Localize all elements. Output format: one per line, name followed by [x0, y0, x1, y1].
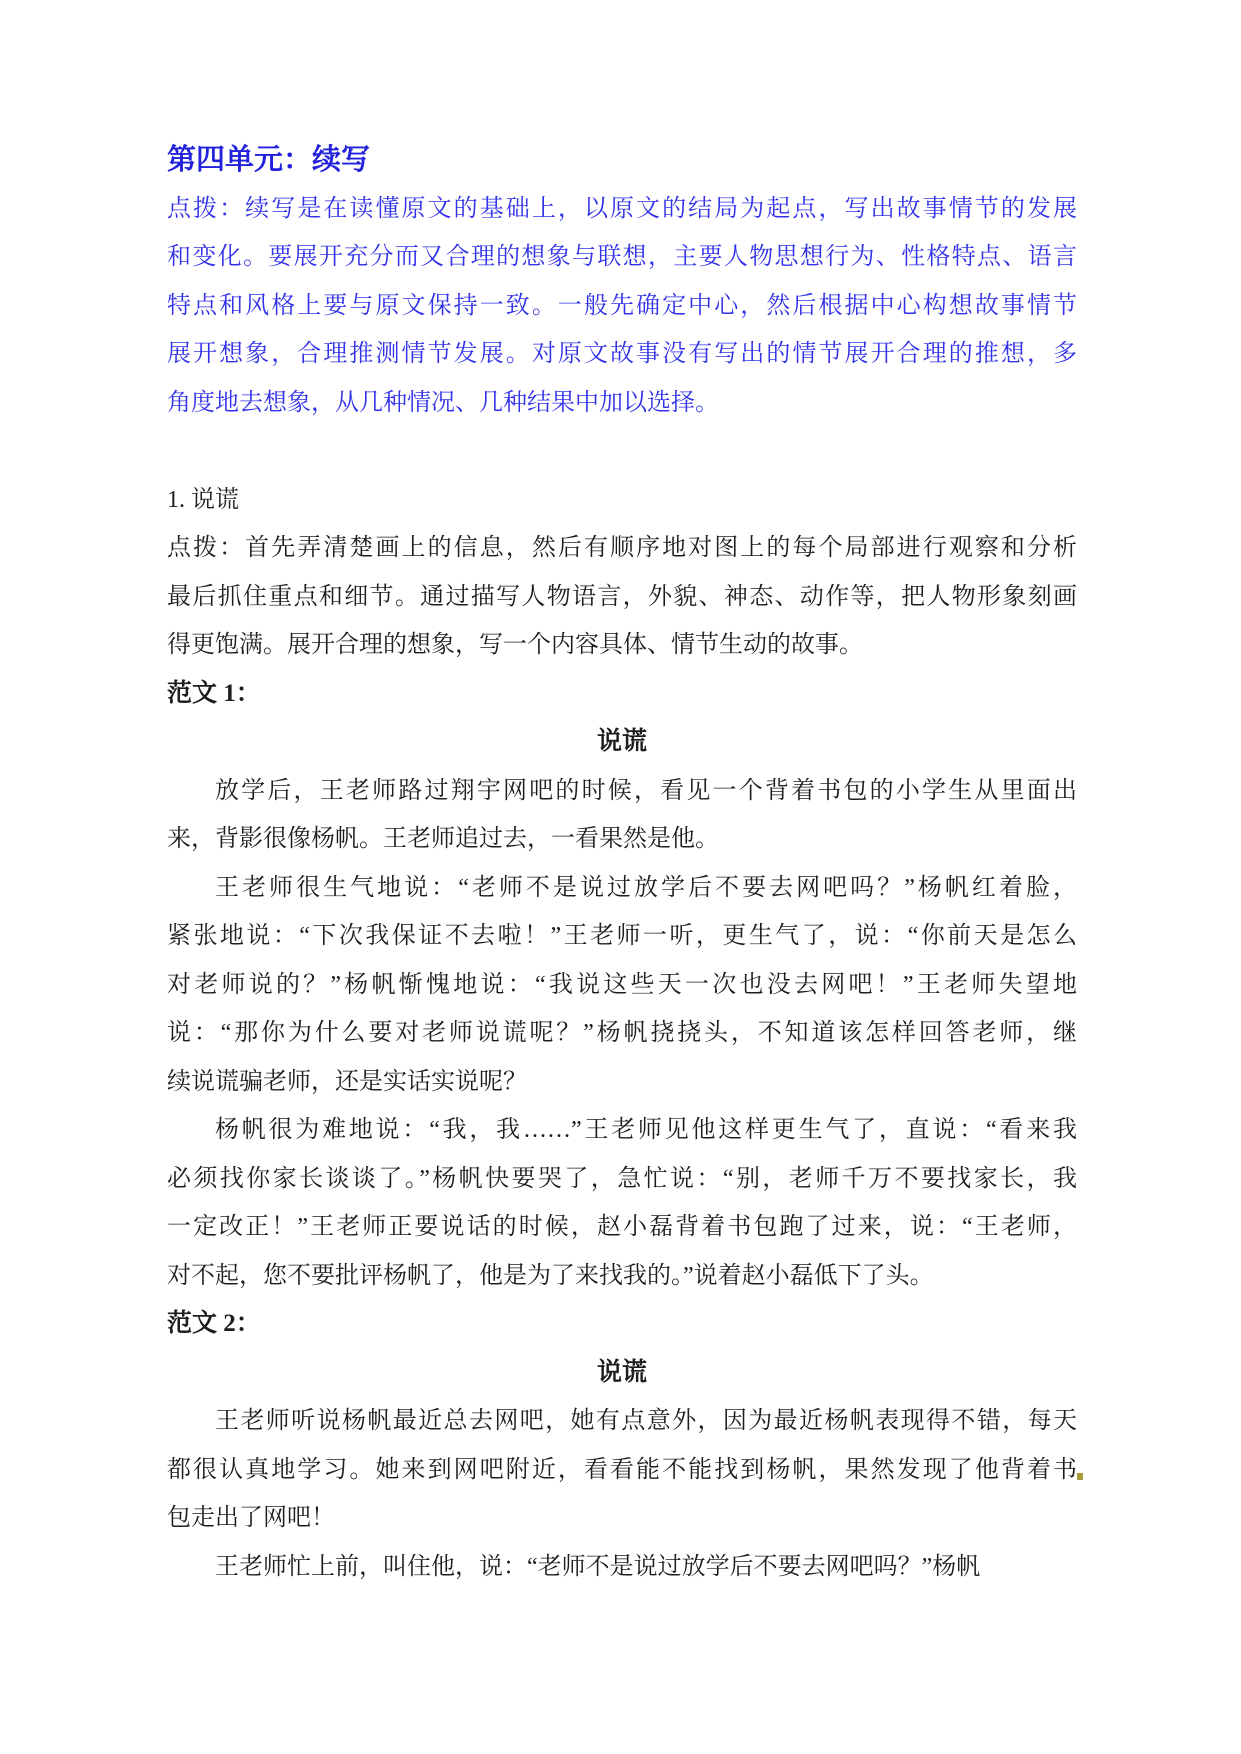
text-line: 得更饱满。展开合理的想象，写一个内容具体、情节生动的故事。 [167, 621, 1077, 670]
text-line: 杨帆很为难地说：“我，我……”王老师见他这样更生气了，直说：“看来我 [167, 1106, 1077, 1155]
text-line: 王老师很生气地说：“老师不是说过放学后不要去网吧吗？”杨帆红着脸， [167, 864, 1077, 913]
sample1-paragraph-1: 放学后，王老师路过翔宇网吧的时候，看见一个背着书包的小学生从里面出来，背影很像杨… [167, 767, 1077, 864]
text-line: 展开想象，合理推测情节发展。对原文故事没有写出的情节展开合理的推想，多 [167, 330, 1077, 379]
sample2-essay-title: 说谎 [167, 1349, 1077, 1398]
text-line: 点拨：续写是在读懂原文的基础上，以原文的结局为起点，写出故事情节的发展 [167, 185, 1077, 234]
text-line: 来，背影很像杨帆。王老师追过去，一看果然是他。 [167, 815, 1077, 864]
text-line: 最后抓住重点和细节。通过描写人物语言，外貌、神态、动作等，把人物形象刻画 [167, 573, 1077, 622]
blank-line [167, 427, 1077, 476]
sample2-paragraph-1: 王老师听说杨帆最近总去网吧，她有点意外，因为最近杨帆表现得不错，每天都很认真地学… [167, 1397, 1077, 1543]
sample1-essay-title: 说谎 [167, 718, 1077, 767]
unit-tips-paragraph: 点拨：续写是在读懂原文的基础上，以原文的结局为起点，写出故事情节的发展和变化。要… [167, 185, 1077, 428]
sample2-label: 范文 2： [167, 1300, 1077, 1349]
text-line: 特点和风格上要与原文保持一致。一般先确定中心，然后根据中心构想故事情节 [167, 282, 1077, 331]
text-line: 对老师说的？”杨帆惭愧地说：“我说这些天一次也没去网吧！”王老师失望地 [167, 961, 1077, 1010]
text-line: 王老师听说杨帆最近总去网吧，她有点意外，因为最近杨帆表现得不错，每天 [167, 1397, 1077, 1446]
sample2-paragraph-2: 王老师忙上前，叫住他，说：“老师不是说过放学后不要去网吧吗？”杨帆 [167, 1543, 1077, 1592]
text-line: 都很认真地学习。她来到网吧附近，看看能不能找到杨帆，果然发现了他背着书 [167, 1446, 1077, 1495]
text-line: 点拨：首先弄清楚画上的信息，然后有顺序地对图上的每个局部进行观察和分析 [167, 524, 1077, 573]
text-line: 续说谎骗老师，还是实话实说呢？ [167, 1058, 1077, 1107]
exercise-number-heading: 1. 说谎 [167, 476, 1077, 525]
text-line: 说：“那你为什么要对老师说谎呢？”杨帆挠挠头，不知道该怎样回答老师，继 [167, 1009, 1077, 1058]
document-page: 第四单元：续写 点拨：续写是在读懂原文的基础上，以原文的结局为起点，写出故事情节… [0, 0, 1241, 1754]
text-line: 一定改正！”王老师正要说话的时候，赵小磊背着书包跑了过来，说：“王老师， [167, 1203, 1077, 1252]
text-line: 包走出了网吧！ [167, 1494, 1077, 1543]
sample1-paragraph-2: 王老师很生气地说：“老师不是说过放学后不要去网吧吗？”杨帆红着脸，紧张地说：“下… [167, 864, 1077, 1107]
text-line: 对不起，您不要批评杨帆了，他是为了来找我的。”说着赵小磊低下了头。 [167, 1252, 1077, 1301]
text-line: 和变化。要展开充分而又合理的想象与联想，主要人物思想行为、性格特点、语言 [167, 233, 1077, 282]
unit-title: 第四单元：续写 [167, 136, 1077, 185]
text-line: 紧张地说：“下次我保证不去啦！”王老师一听，更生气了，说：“你前天是怎么 [167, 912, 1077, 961]
sample1-label: 范文 1： [167, 670, 1077, 719]
sample1-paragraph-3: 杨帆很为难地说：“我，我……”王老师见他这样更生气了，直说：“看来我必须找你家长… [167, 1106, 1077, 1300]
stray-mark [1077, 1473, 1083, 1480]
text-line: 王老师忙上前，叫住他，说：“老师不是说过放学后不要去网吧吗？”杨帆 [167, 1543, 1077, 1592]
text-line: 放学后，王老师路过翔宇网吧的时候，看见一个背着书包的小学生从里面出 [167, 767, 1077, 816]
text-line: 必须找你家长谈谈了。”杨帆快要哭了，急忙说：“别，老师千万不要找家长，我 [167, 1155, 1077, 1204]
text-line: 角度地去想象，从几种情况、几种结果中加以选择。 [167, 379, 1077, 428]
exercise-tips-paragraph: 点拨：首先弄清楚画上的信息，然后有顺序地对图上的每个局部进行观察和分析最后抓住重… [167, 524, 1077, 670]
